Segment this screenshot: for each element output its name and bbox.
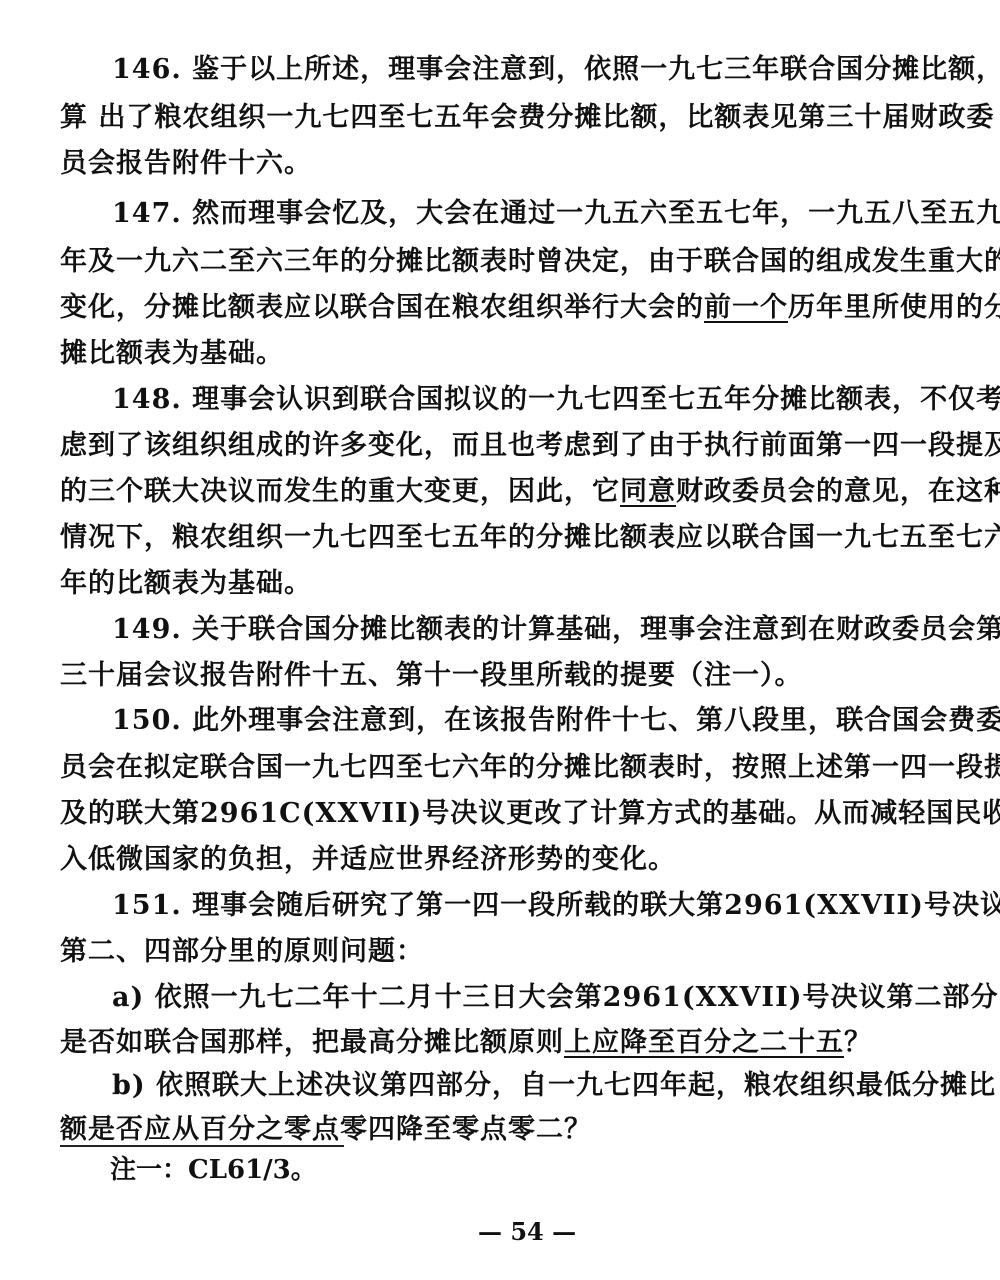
- paragraph-line: 第二、四部分里的原则问题：: [60, 934, 945, 970]
- paragraph-line: 及的联大第2961C(XXVII)号决议更改了计算方式的基础。从而减轻国民收入: [60, 796, 945, 832]
- document-page: 146. 鉴于以上所述，理事会注意到，依照一九七三年联合国分摊比额，算 出了粮农…: [0, 0, 1000, 1280]
- underlined-text: 上应降至百分之二十五: [564, 1027, 844, 1058]
- underlined-text: 前一个: [704, 292, 788, 323]
- page-number: — 54 —: [478, 1217, 576, 1246]
- paragraph-line: 额是否应从百分之零点零四降至零点零二？: [60, 1112, 945, 1148]
- paragraph-line: 虑到了该组织组成的许多变化，而且也考虑到了由于执行前面第一四一段提及: [60, 428, 945, 464]
- paragraph-line: 150. 此外理事会注意到，在该报告附件十七、第八段里，联合国会费委: [112, 703, 945, 739]
- paragraph-line: 149. 关于联合国分摊比额表的计算基础，理事会注意到在财政委员会第: [112, 612, 945, 648]
- paragraph-line: a) 依照一九七二年十二月十三日大会第2961(XXVII)号决议第二部分，: [112, 980, 945, 1016]
- paragraph-line: 算 出了粮农组织一九七四至七五年会费分摊比额，比额表见第三十届财政委: [60, 100, 945, 136]
- paragraph-line: 员会在拟定联合国一九七四至七六年的分摊比额表时，按照上述第一四一段提: [60, 750, 945, 786]
- underlined-text: 同意: [620, 476, 676, 507]
- text-segment: 是否如联合国那样，把最高分摊比额原则: [60, 1027, 564, 1058]
- paragraph-line: 147. 然而理事会忆及，大会在通过一九五六至五七年，一九五八至五九: [112, 196, 945, 232]
- text-segment: 财政委员会的意见，在这种: [676, 476, 1000, 507]
- paragraph-line: 变化，分摊比额表应以联合国在粮农组织举行大会的前一个历年里所使用的分: [60, 290, 945, 326]
- paragraph-line: 员会报告附件十六。: [60, 146, 945, 182]
- text-segment: 变化，分摊比额表应以联合国在粮农组织举行大会的: [60, 292, 704, 323]
- text-segment: 的三个联大决议而发生的重大变更，因此，它: [60, 476, 620, 507]
- paragraph-line: 情况下，粮农组织一九七四至七五年的分摊比额表应以联合国一九七五至七六: [60, 520, 945, 556]
- paragraph-line: 的三个联大决议而发生的重大变更，因此，它同意财政委员会的意见，在这种: [60, 474, 945, 510]
- paragraph-line: 146. 鉴于以上所述，理事会注意到，依照一九七三年联合国分摊比额，: [112, 52, 945, 88]
- paragraph-line: b) 依照联大上述决议第四部分，自一九七四年起，粮农组织最低分摊比: [112, 1068, 945, 1104]
- paragraph-line: 年及一九六二至六三年的分摊比额表时曾决定，由于联合国的组成发生重大的: [60, 244, 945, 280]
- paragraph-line: 三十届会议报告附件十五、第十一段里所载的提要（注一）。: [60, 658, 945, 694]
- paragraph-line: 入低微国家的负担，并适应世界经济形势的变化。: [60, 842, 945, 878]
- text-segment: 历年里所使用的分: [788, 292, 1000, 323]
- footnote-divider: [60, 1145, 344, 1147]
- paragraph-line: 148. 理事会认识到联合国拟议的一九七四至七五年分摊比额表，不仅考: [112, 382, 945, 418]
- paragraph-line: 年的比额表为基础。: [60, 566, 945, 602]
- paragraph-line: 摊比额表为基础。: [60, 336, 945, 372]
- paragraph-line: 151. 理事会随后研究了第一四一段所载的联大第2961(XXVII)号决议: [112, 888, 945, 924]
- footnote: 注一：CL61/3。: [110, 1152, 317, 1188]
- text-segment: ？: [844, 1027, 872, 1058]
- paragraph-line: 是否如联合国那样，把最高分摊比额原则上应降至百分之二十五？: [60, 1025, 945, 1061]
